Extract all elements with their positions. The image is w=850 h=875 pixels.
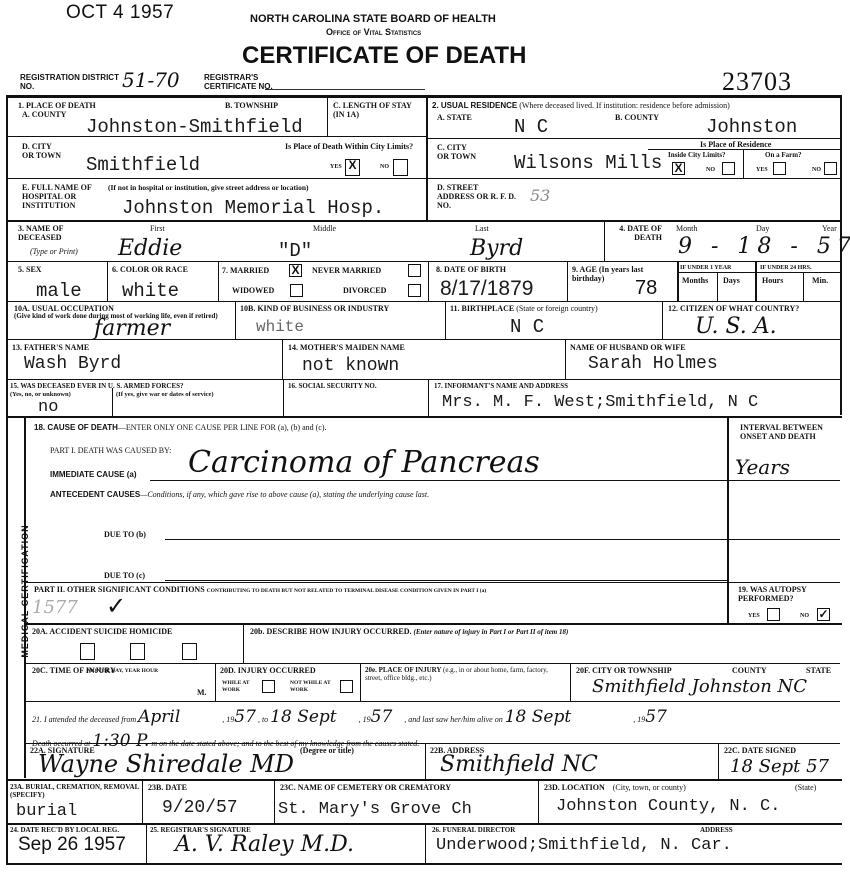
death-month-label: Month <box>676 224 697 233</box>
burial-date-value: 9/20/57 <box>162 798 238 818</box>
within-limits-no-checkbox[interactable] <box>393 159 408 176</box>
days-label: Days <box>723 276 740 285</box>
medical-certification-side-label: MEDICAL CERTIFICATION <box>20 496 30 686</box>
reg-district-label: Registration District No. <box>20 73 120 91</box>
funeral-director-label: 26. FUNERAL DIRECTOR <box>432 826 515 835</box>
middle-name-label: Middle <box>313 224 336 233</box>
institution-value: Johnston Memorial Hosp. <box>122 197 384 219</box>
accident-suicide-homicide-label: 20a. ACCIDENT SUICIDE HOMICIDE <box>32 627 172 636</box>
date-of-death-value: 9 - 18 - 57 <box>678 234 850 259</box>
attended-to-value: 18 Sept <box>270 707 336 727</box>
race-label: 6. COLOR OR RACE <box>112 265 188 274</box>
injury-occurred-label: 20d. INJURY OCCURRED <box>220 666 316 675</box>
citizen-label: 12. CITIZEN OF WHAT COUNTRY? <box>668 304 799 313</box>
not-while-at-work-checkbox[interactable] <box>340 680 353 693</box>
cause-of-death-label: 18. CAUSE OF DEATH—ENTER ONLY ONE CAUSE … <box>34 423 327 432</box>
sex-value: male <box>36 280 82 302</box>
months-label: Months <box>682 276 708 285</box>
date-signed-label: 22c. DATE SIGNED <box>724 746 796 755</box>
last-name-label: Last <box>475 224 489 233</box>
never-married-checkbox[interactable] <box>408 264 421 277</box>
divorced-label: DIVORCED <box>343 286 386 295</box>
married-label: 7. MARRIED <box>222 266 269 275</box>
part2-label: PART II. OTHER SIGNIFICANT CONDITIONS CO… <box>34 585 486 594</box>
business-label: 10b. KIND OF BUSINESS OR INDUSTRY <box>240 304 389 313</box>
registrar-signature-value: A. V. Raley M.D. <box>175 832 354 857</box>
homicide-checkbox[interactable] <box>182 643 197 660</box>
interval-label: INTERVAL BETWEEN ONSET AND DEATH <box>740 423 840 441</box>
not-while-at-work-label: NOT WHILE AT WORK <box>290 680 338 694</box>
burial-date-label: 23b. DATE <box>148 783 187 792</box>
on-farm-label: On a Farm? <box>765 151 802 160</box>
physician-signature: Wayne Shiredale MD <box>38 750 294 778</box>
on-farm-yes-checkbox[interactable] <box>773 162 786 175</box>
widowed-checkbox[interactable] <box>290 284 303 297</box>
funeral-director-value: Underwood;Smithfield, N. Car. <box>436 836 732 855</box>
inside-city-no-label: NO <box>706 166 715 175</box>
ssn-label: 16. SOCIAL SECURITY NO. <box>288 382 377 391</box>
widowed-label: WIDOWED <box>232 286 274 295</box>
spouse-value: Sarah Holmes <box>588 354 718 374</box>
burial-label: 23a. BURIAL, CREMATION, REMOVAL (Specify… <box>10 783 145 799</box>
father-label: 13. FATHER'S NAME <box>12 343 89 352</box>
location-label: 23d. LOCATION (City, town, or county) <box>544 783 686 792</box>
length-of-stay-label: c. LENGTH OF STAY (in 1a) <box>333 101 413 119</box>
birthplace-value: N C <box>510 316 544 338</box>
state-file-number: 23703 <box>722 67 792 97</box>
death-city-value: Smithfield <box>86 154 200 176</box>
while-at-work-checkbox[interactable] <box>262 680 275 693</box>
location-value: Johnston County, N. C. <box>556 797 780 816</box>
due-to-b-label: DUE TO (b) <box>104 530 146 539</box>
funeral-address-label: ADDRESS <box>700 826 733 835</box>
place-of-injury-label: 20e. PLACE OF INJURY (e.g., in or about … <box>365 666 565 682</box>
death-day-label: Day <box>756 224 769 233</box>
m-label: M. <box>197 688 207 697</box>
min-label: Min. <box>812 276 828 285</box>
first-name-value: Eddie <box>118 236 182 261</box>
injury-state-label: STATE <box>806 666 831 675</box>
inside-city-no-checkbox[interactable] <box>722 162 735 175</box>
death-township-label: b. TOWNSHIP <box>225 101 278 110</box>
antecedent-label: ANTECEDENT CAUSES—Conditions, if any, wh… <box>50 490 429 499</box>
attended-from-value: April <box>138 707 180 727</box>
residence-city-label: c. CITY OR TOWN <box>437 143 477 161</box>
received-date-stamp: OCT 4 1957 <box>66 2 174 24</box>
death-county-value: Johnston-Smithfield <box>86 116 303 138</box>
cemetery-label: 23c. NAME OF CEMETERY OR CREMATORY <box>280 783 451 792</box>
dob-value: 8/17/1879 <box>440 277 533 301</box>
while-at-work-label: WHILE AT WORK <box>222 680 260 694</box>
autopsy-yes-label: YES <box>748 612 760 621</box>
date-signed-value: 18 Sept 57 <box>730 756 829 777</box>
death-city-label: d. CITY OR TOWN <box>22 142 62 160</box>
autopsy-yes-checkbox[interactable] <box>767 608 780 621</box>
part2-check-mark: ✓ <box>106 592 126 621</box>
document-title: CERTIFICATE OF DEATH <box>242 42 526 70</box>
armed-forces-label: 15. WAS DECEASED EVER IN U. S. ARMED FOR… <box>10 382 184 391</box>
date-of-death-label: 4. DATE OF DEATH <box>612 224 662 242</box>
injury-description-label: 20b. DESCRIBE HOW INJURY OCCURRED. (Ente… <box>250 627 568 636</box>
residence-county-label: b. COUNTY <box>615 113 659 122</box>
deceased-name-label: 3. NAME OF DECEASED <box>18 224 88 242</box>
dob-label: 8. DATE OF BIRTH <box>436 265 506 274</box>
autopsy-label: 19. WAS AUTOPSY PERFORMED? <box>738 585 833 603</box>
injury-county-label: COUNTY <box>732 666 767 675</box>
part1-label: PART I. DEATH WAS CAUSED BY: <box>50 446 171 455</box>
death-year-label: Year <box>822 224 837 233</box>
residence-state-label: a. STATE <box>437 113 472 122</box>
on-farm-no-label: NO <box>812 166 821 175</box>
sex-label: 5. SEX <box>18 265 42 274</box>
never-married-label: NEVER MARRIED <box>312 266 381 275</box>
spouse-label: NAME OF HUSBAND OR WIFE <box>570 343 686 352</box>
death-time-value: 1:30 P. <box>92 731 149 751</box>
reg-district-value: 51-70 <box>122 68 180 92</box>
attended-to-year: 57 <box>371 707 393 727</box>
agency-name: NORTH CAROLINA STATE BOARD OF HEALTH <box>250 13 496 25</box>
armed-forces-note-1: (Yes, no, or unknown) <box>10 391 71 398</box>
street-address-value: 53 <box>530 186 550 205</box>
within-limits-yes-checkbox[interactable]: X <box>345 159 360 176</box>
residence-state-value: N C <box>514 116 548 138</box>
father-value: Wash Byrd <box>24 354 121 374</box>
date-received-value: Sep 26 1957 <box>18 834 126 856</box>
attended-from-year: 57 <box>234 707 256 727</box>
mother-label: 14. MOTHER'S MAIDEN NAME <box>288 343 405 352</box>
on-farm-yes-label: YES <box>756 166 768 175</box>
accident-checkbox[interactable] <box>80 643 95 660</box>
due-to-c-label: DUE TO (c) <box>104 571 145 580</box>
mother-value: not known <box>302 356 399 376</box>
last-seen-year: 57 <box>645 707 667 727</box>
within-limits-no-label: NO <box>380 163 389 172</box>
immediate-cause-label: IMMEDIATE CAUSE (a) <box>50 470 137 479</box>
within-limits-label: Is Place of Death Within City Limits? <box>285 142 420 151</box>
time-cols-note: MONTH, DAY, YEAR HOUR <box>87 667 158 676</box>
residence-city-value: Wilsons Mills <box>514 152 662 174</box>
informant-value: Mrs. M. F. West;Smithfield, N C <box>442 393 758 412</box>
inside-city-label: Inside City Limits? <box>668 151 726 160</box>
immediate-cause-value: Carcinoma of Pancreas <box>188 445 540 480</box>
institution-note: (If not in hospital or institution, give… <box>108 183 309 192</box>
armed-forces-value: no <box>38 398 58 417</box>
cemetery-value: St. Mary's Grove Ch <box>278 800 472 819</box>
registrar-cert-line <box>265 89 425 90</box>
within-limits-yes-label: YES <box>330 163 342 172</box>
burial-value: burial <box>16 802 77 821</box>
place-of-death-label: 1. PLACE OF DEATH <box>18 101 96 110</box>
birthplace-label: 11. BIRTHPLACE (State or foreign country… <box>450 304 598 313</box>
middle-name-value: "D" <box>278 240 312 262</box>
autopsy-no-label: NO <box>800 612 809 621</box>
suicide-checkbox[interactable] <box>130 643 145 660</box>
physician-address-value: Smithfield NC <box>440 752 598 777</box>
first-name-label: First <box>150 224 165 233</box>
autopsy-no-checkbox[interactable]: ✓ <box>817 608 830 621</box>
hours-label: Hours <box>762 276 783 285</box>
married-checkbox[interactable]: X <box>289 264 302 277</box>
death-county-label: a. COUNTY <box>22 110 66 119</box>
city-township-label: 20f. CITY OR TOWNSHIP <box>576 666 672 675</box>
injury-location-value: Smithfield Johnston NC <box>592 676 807 697</box>
age-value: 78 <box>635 277 657 300</box>
on-farm-no-checkbox[interactable] <box>824 162 837 175</box>
armed-forces-note-2: (If yes, give war or dates of service) <box>116 391 214 398</box>
degree-label: (Degree or title) <box>300 746 354 755</box>
race-value: white <box>122 280 179 302</box>
occupation-value: farmer <box>94 316 170 341</box>
attended-statement: 21. I attended the deceased from April ,… <box>32 707 667 727</box>
divorced-checkbox[interactable] <box>408 284 421 297</box>
inside-city-yes-checkbox[interactable]: X <box>672 162 685 175</box>
usual-residence-label: 2. USUAL RESIDENCE (Where deceased lived… <box>432 101 730 110</box>
citizen-value: U. S. A. <box>695 314 777 339</box>
location-state-note: (State) <box>795 783 816 792</box>
business-value: white <box>256 318 304 336</box>
office-name: Office of Vital Statistics <box>326 27 421 37</box>
interval-value: Years <box>735 455 790 479</box>
street-address-label: d. STREET ADDRESS or R. F. D. NO. <box>437 183 517 210</box>
last-name-value: Byrd <box>470 236 523 261</box>
part2-marginal-note: 1577 <box>32 597 78 618</box>
institution-label: e. FULL NAME OF HOSPITAL OR INSTITUTION <box>22 183 92 210</box>
residence-county-value: Johnston <box>706 116 797 138</box>
name-type-note: (Type or Print) <box>30 247 78 256</box>
last-seen-value: 18 Sept <box>505 707 571 727</box>
place-of-residence-label: Is Place of Residence <box>700 140 771 149</box>
informant-label: 17. INFORMANT'S NAME AND ADDRESS <box>434 382 568 391</box>
